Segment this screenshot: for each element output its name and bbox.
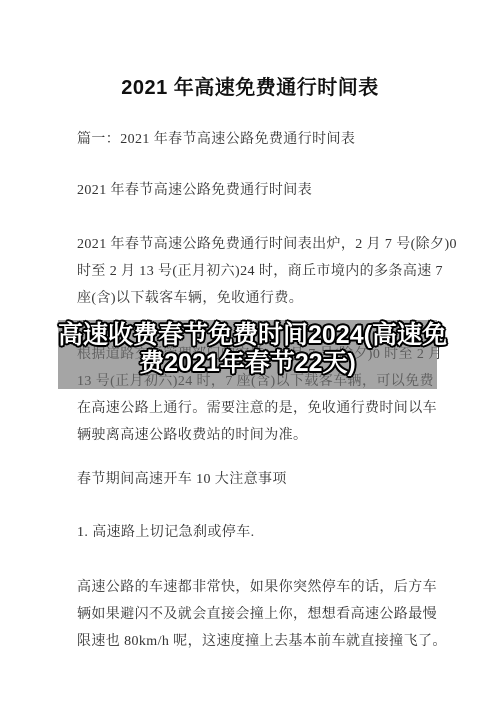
article-subtitle: 2021 年春节高速公路免费通行时间表 (77, 177, 447, 204)
section-heading-pian1: 篇一：2021 年春节高速公路免费通行时间表 (77, 126, 447, 153)
watermark-headline-line2: 费2021年春节22天) (58, 349, 437, 377)
paragraph-line: 时至 2 月 13 号(正月初六)24 时，商丘市境内的多条高速 7 (77, 258, 447, 285)
paragraph-line: 高速公路的车速都非常快，如果你突然停车的话，后方车 (77, 574, 447, 601)
paragraph-line: 限速也 80km/h 呢，这速度撞上去基本前车就直接撞飞了。 (77, 628, 447, 655)
note-item-1: 1. 高速路上切记急刹或停车. (77, 519, 447, 546)
notes-section-heading: 春节期间高速开车 10 大注意事项 (77, 466, 447, 493)
paragraph-line: 辆驶离高速公路收费站的时间为准。 (77, 422, 447, 449)
paragraph-announcement: 2021 年春节高速公路免费通行时间表出炉，2 月 7 号(除夕)0 时至 2 … (77, 231, 447, 312)
paragraph-line: 辆如果避闪不及就会直接会撞上你，想想看高速公路最慢 (77, 601, 447, 628)
watermark-headline-line1: 高速收费春节免费时间2024(高速免 (58, 321, 437, 349)
page-title: 2021 年高速免费通行时间表 (57, 73, 443, 103)
paragraph-line: 在高速公路上通行。需要注意的是，免收通行费时间以车 (77, 395, 447, 422)
paragraph-line: 2021 年春节高速公路免费通行时间表出炉，2 月 7 号(除夕)0 (77, 231, 447, 258)
watermark-headline: 高速收费春节免费时间2024(高速免 费2021年春节22天) (58, 321, 437, 377)
paragraph-note1-detail: 高速公路的车速都非常快，如果你突然停车的话，后方车 辆如果避闪不及就会直接会撞上… (77, 574, 447, 655)
paragraph-line: 座(含)以下载客车辆，免收通行费。 (77, 285, 447, 312)
